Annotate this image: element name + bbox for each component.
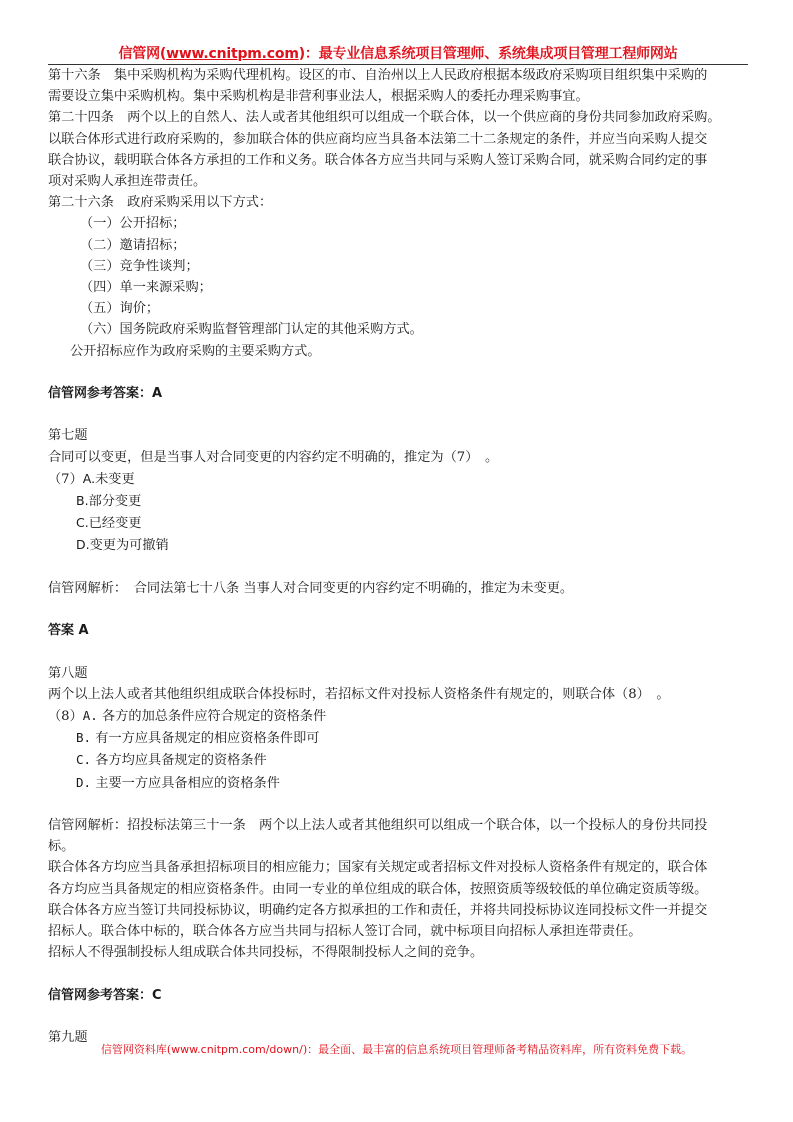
page-footer: 信管网资料库(www.cnitpm.com/down/)：最全面、最丰富的信息系… — [0, 1043, 793, 1057]
article24-line: 第二十四条 两个以上的自然人、法人或者其他组织可以组成一个联合体，以一个供应商的… — [48, 107, 748, 128]
q7-question: 合同可以变更，但是当事人对合同变更的内容约定不明确的，推定为（7） 。 — [48, 447, 748, 468]
article26-item: （四）单一来源采购； — [48, 277, 748, 298]
article26-title: 第二十六条 政府采购采用以下方式： — [48, 192, 748, 213]
header-prefix: 信管网( — [118, 46, 166, 62]
q8-answer: 信管网参考答案：C — [48, 985, 748, 1006]
header-site-link[interactable]: www.cnitpm.com — [166, 46, 299, 62]
answer-q6: 信管网参考答案：A — [48, 383, 748, 404]
q7-option-a: （7）A.未变更 — [48, 468, 748, 490]
q8-analysis-line: 联合体各方应当签订共同投标协议，明确约定各方拟承担的工作和责任，并将共同投标协议… — [48, 900, 748, 921]
q7-answer: 答案 A — [48, 620, 748, 641]
article26-closing: 公开招标应作为政府采购的主要采购方式。 — [48, 341, 748, 362]
footer-prefix: 信管网资料库( — [101, 1043, 171, 1056]
q8-analysis-line: 联合体各方均应当具备承担招标项目的相应能力；国家有关规定或者招标文件对投标人资格… — [48, 857, 748, 878]
article26-item: （三）竞争性谈判； — [48, 256, 748, 277]
article16-line: 第十六条 集中采购机构为采购代理机构。设区的市、自治州以上人民政府根据本级政府采… — [48, 65, 748, 86]
header-suffix: )：最专业信息系统项目管理师、系统集成项目管理工程师网站 — [299, 46, 678, 62]
article26-item: （一）公开招标； — [48, 213, 748, 234]
q8-title: 第八题 — [48, 663, 748, 684]
q8-analysis-line: 招标人。联合体中标的，联合体各方应当共同与招标人签订合同，就中标项目向招标人承担… — [48, 921, 748, 942]
article26-item: （二）邀请招标； — [48, 235, 748, 256]
q7-title: 第七题 — [48, 425, 748, 446]
page-header: 信管网(www.cnitpm.com)：最专业信息系统项目管理师、系统集成项目管… — [48, 45, 748, 63]
q7-option-d: D.变更为可撤销 — [48, 534, 748, 556]
article24-line: 项对采购人承担连带责任。 — [48, 171, 748, 192]
q8-question: 两个以上法人或者其他组织组成联合体投标时，若招标文件对投标人资格条件有规定的，则… — [48, 684, 748, 705]
q8-analysis-line: 信管网解析：招投标法第三十一条 两个以上法人或者其他组织可以组成一个联合体，以一… — [48, 815, 748, 836]
q7-analysis: 信管网解析： 合同法第七十八条 当事人对合同变更的内容约定不明确的，推定为未变更… — [48, 578, 748, 599]
q8-option-a: （8）A. 各方的加总条件应符合规定的资格条件 — [48, 705, 748, 727]
article24-line: 联合协议，载明联合体各方承担的工作和义务。联合体各方应当共同与采购人签订采购合同… — [48, 150, 748, 171]
q7-option-b: B.部分变更 — [48, 490, 748, 512]
article16-line: 需要设立集中采购机构。集中采购机构是非营利事业法人，根据采购人的委托办理采购事宜… — [48, 86, 748, 107]
q8-analysis-line: 招标人不得强制投标人组成联合体共同投标，不得限制投标人之间的竞争。 — [48, 942, 748, 963]
article26-item: （五）询价； — [48, 298, 748, 319]
q8-option-c: C. 各方均应具备规定的资格条件 — [48, 749, 748, 771]
q8-option-d: D. 主要一方应具备相应的资格条件 — [48, 772, 748, 794]
footer-suffix: )：最全面、最丰富的信息系统项目管理师备考精品资料库，所有资料免费下载。 — [303, 1043, 692, 1056]
footer-download-link[interactable]: www.cnitpm.com/down/ — [171, 1043, 303, 1056]
q7-option-c: C.已经变更 — [48, 512, 748, 534]
document-body: 第十六条 集中采购机构为采购代理机构。设区的市、自治州以上人民政府根据本级政府采… — [48, 65, 748, 1048]
q8-option-b: B. 有一方应具备规定的相应资格条件即可 — [48, 727, 748, 749]
article24-line: 以联合体形式进行政府采购的，参加联合体的供应商均应当具备本法第二十二条规定的条件… — [48, 129, 748, 150]
article26-item: （六）国务院政府采购监督管理部门认定的其他采购方式。 — [48, 319, 748, 340]
q8-analysis-line: 标。 — [48, 836, 748, 857]
q8-analysis-line: 各方均应当具备规定的相应资格条件。由同一专业的单位组成的联合体，按照资质等级较低… — [48, 879, 748, 900]
